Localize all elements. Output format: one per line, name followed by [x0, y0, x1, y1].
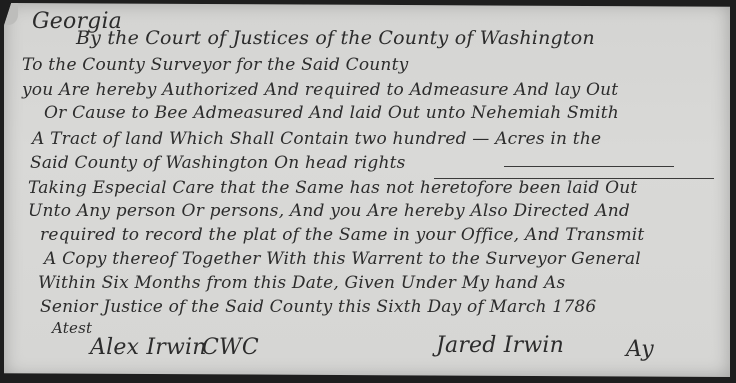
folded-corner	[4, 3, 18, 25]
text-line-5: A Tract of land Which Shall Contain two …	[32, 129, 601, 149]
text-line-6: Said County of Washington On head rights	[30, 153, 406, 173]
fill-line	[504, 166, 674, 167]
text-line-9: required to record the plat of the Same …	[40, 225, 644, 245]
text-line-1: By the Court of Justices of the County o…	[76, 27, 595, 49]
document-page: Georgia By the Court of Justices of the …	[4, 3, 730, 377]
text-line-10: A Copy thereof Together With this Warren…	[44, 249, 641, 269]
text-line-8: Unto Any person Or persons, And you Are …	[28, 201, 630, 221]
attest-label: Atest	[52, 319, 92, 337]
justice-title: Ay	[626, 337, 654, 362]
clerk-title: CWC	[202, 335, 259, 360]
text-line-7: Taking Especial Care that the Same has n…	[28, 178, 637, 198]
text-line-4: Or Cause to Bee Admeasured And laid Out …	[44, 103, 619, 123]
justice-signature: Jared Irwin	[436, 333, 564, 358]
text-line-11: Within Six Months from this Date, Given …	[38, 273, 565, 293]
clerk-signature: Alex Irwin	[90, 335, 207, 360]
text-line-3: you Are hereby Authorized And required t…	[22, 80, 618, 100]
text-line-2: To the County Surveyor for the Said Coun…	[22, 55, 408, 75]
text-line-12: Senior Justice of the Said County this S…	[40, 297, 596, 317]
